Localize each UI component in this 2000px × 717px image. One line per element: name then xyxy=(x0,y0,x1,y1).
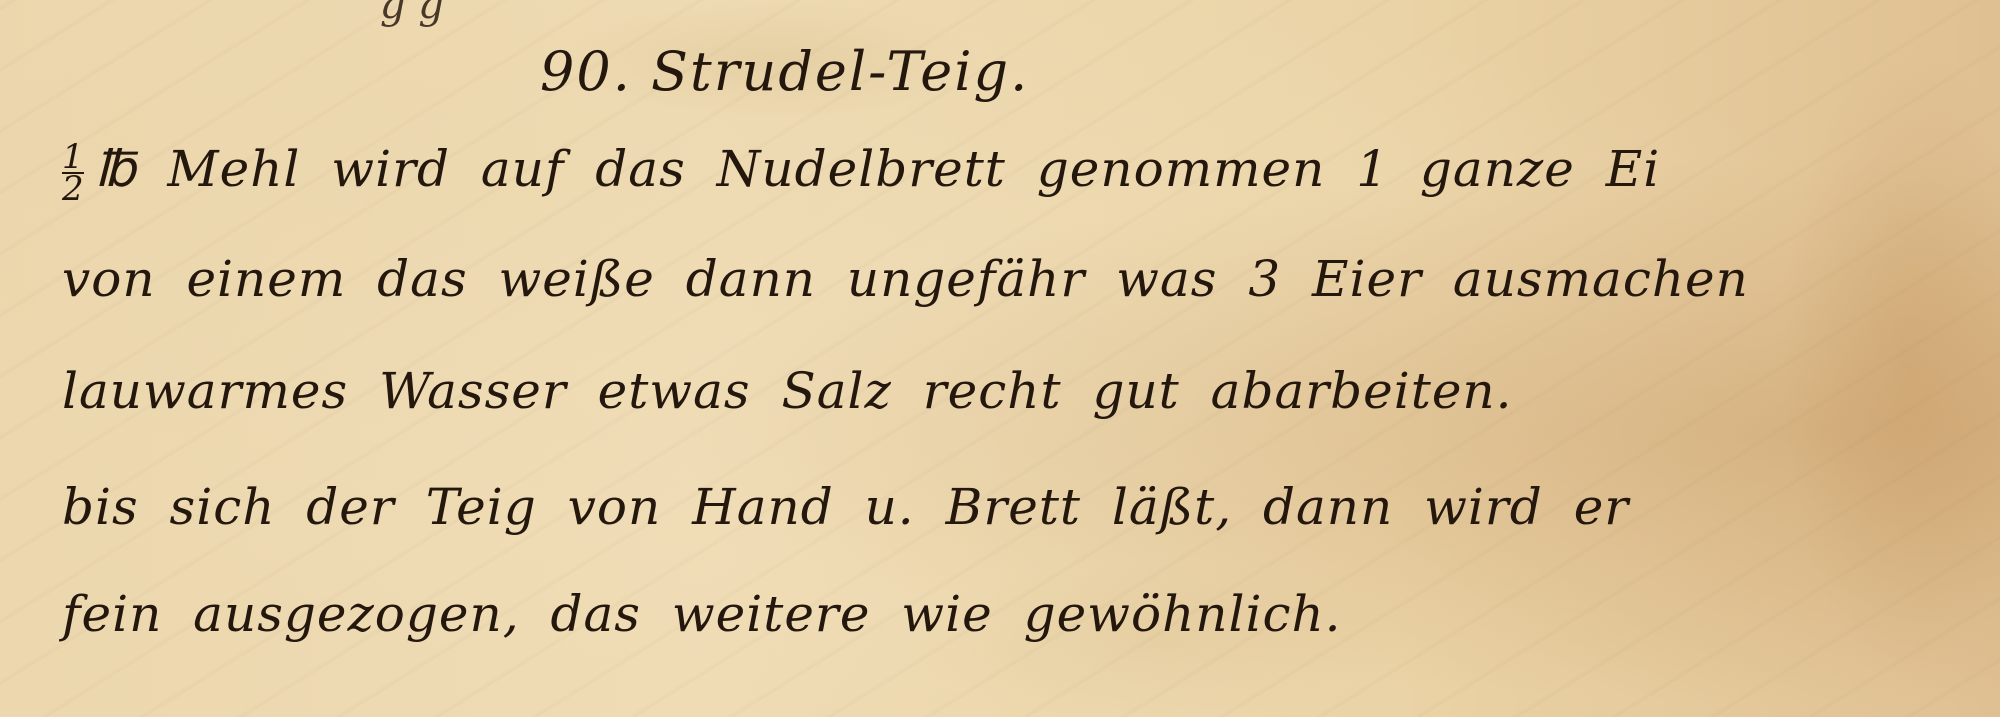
paper-stain xyxy=(1780,40,2000,680)
recipe-title: 90. Strudel-Teig. xyxy=(540,40,1029,103)
recipe-line-2: von einem das weiße dann ungefähr was 3 … xyxy=(62,250,1749,308)
recipe-line-3: lauwarmes Wasser etwas Salz recht gut ab… xyxy=(62,362,1513,420)
recipe-line-5: fein ausgezogen, das weitere wie gewöhnl… xyxy=(62,585,1342,643)
fraction-denominator: 2 xyxy=(62,174,85,204)
recipe-line-text: ℔ Mehl wird auf das Nudelbrett genommen … xyxy=(95,140,1661,198)
recipe-line-1: 1 2 ℔ Mehl wird auf das Nudelbrett genom… xyxy=(62,140,1660,204)
quantity-fraction: 1 2 xyxy=(62,142,85,204)
fraction-numerator: 1 xyxy=(62,142,85,172)
recipe-line-4: bis sich der Teig von Hand u. Brett läßt… xyxy=(62,478,1629,536)
previous-line-fragment: g g xyxy=(380,0,444,28)
